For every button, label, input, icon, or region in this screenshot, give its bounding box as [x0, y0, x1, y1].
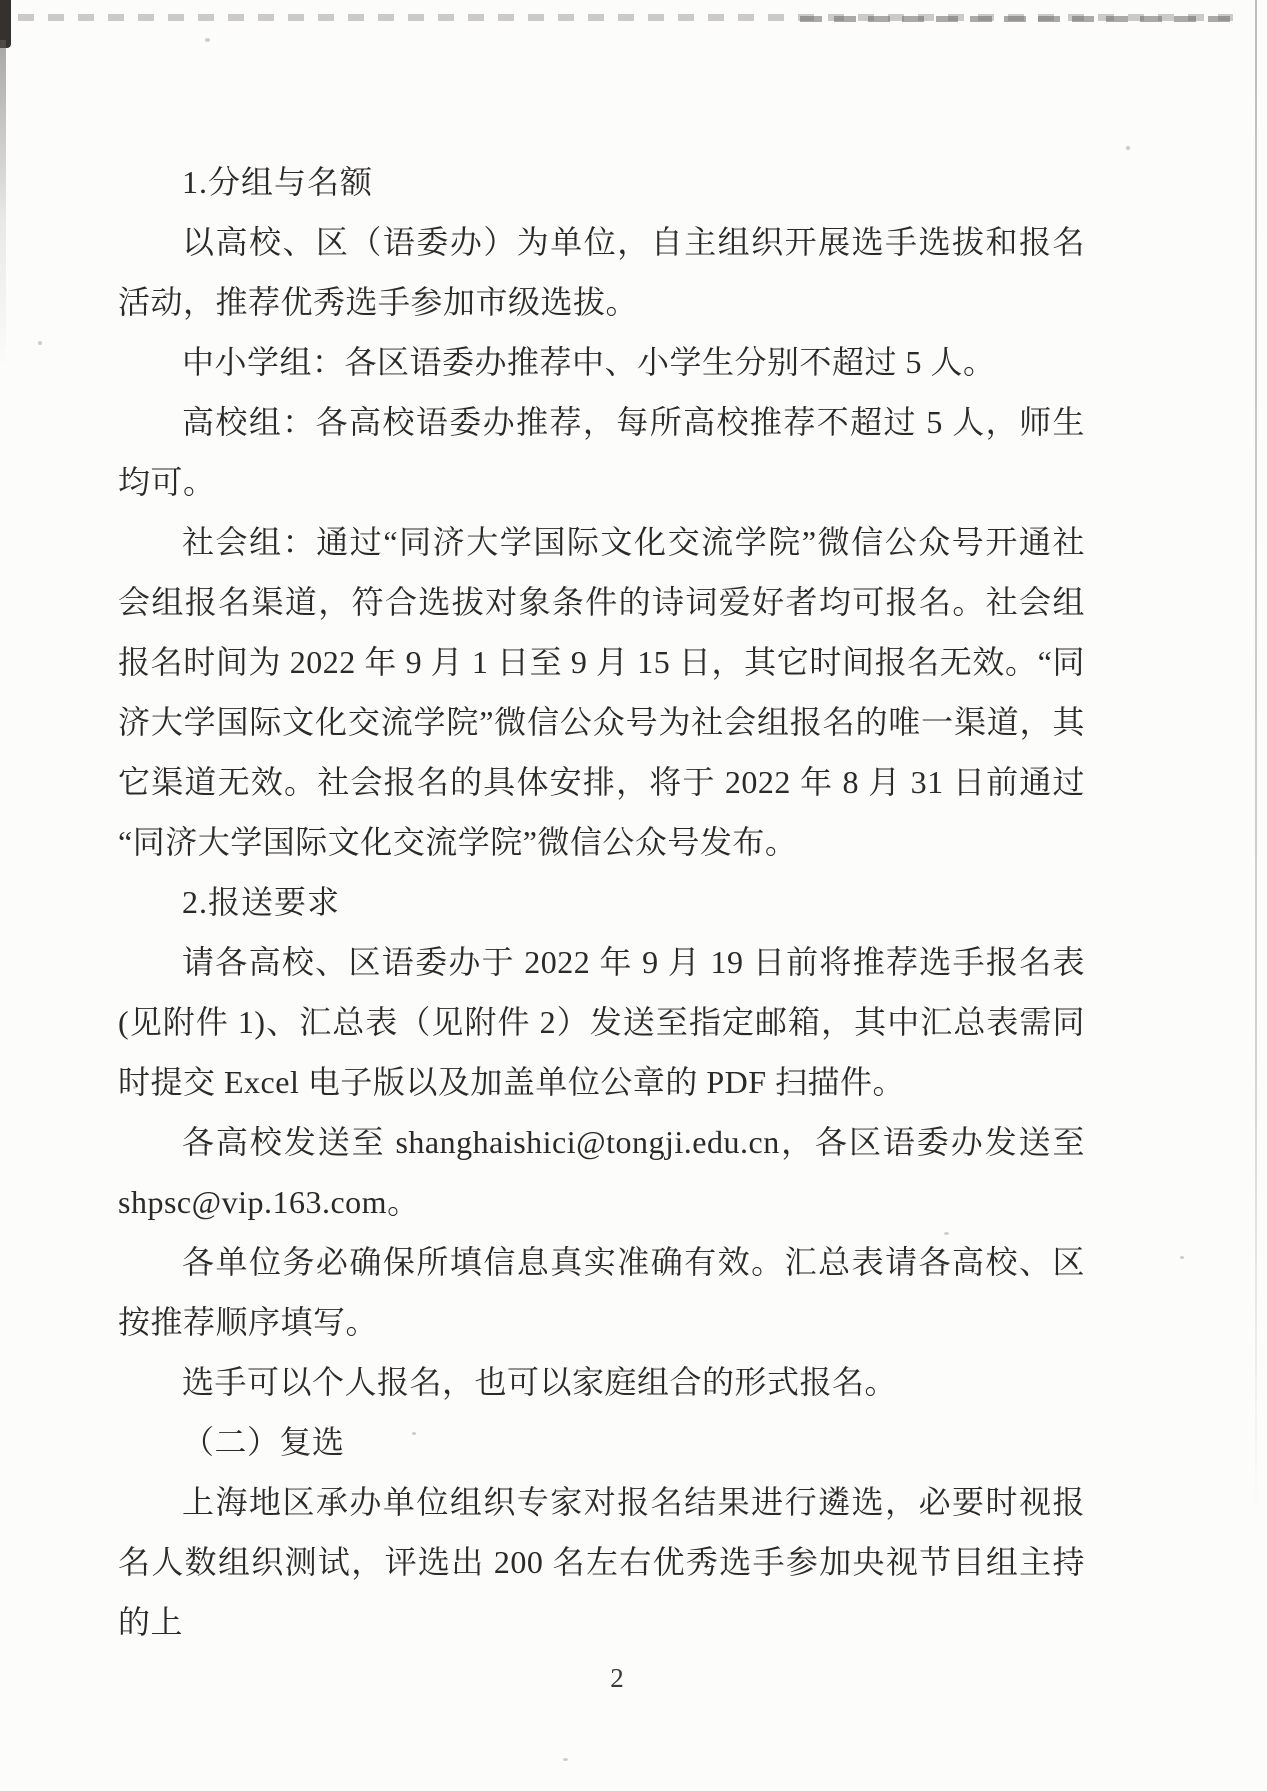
subheading-second-round: （二）复选 — [118, 1412, 1085, 1472]
page-number: 2 — [0, 1658, 1235, 1698]
para-information-accuracy: 各单位务必确保所填信息真实准确有效。汇总表请各高校、区按推荐顺序填写。 — [118, 1232, 1085, 1352]
scan-artifact-left-edge-strip — [0, 40, 6, 370]
heading-1-grouping-and-quota: 1.分组与名额 — [118, 152, 1085, 212]
scan-artifact-top-dashed-line-dark — [800, 16, 1230, 22]
scan-speck — [1180, 1256, 1184, 1259]
scan-speck — [1126, 146, 1130, 150]
para-shanghai-second-round: 上海地区承办单位组织专家对报名结果进行遴选，必要时视报名人数组织测试，评选出 2… — [118, 1472, 1085, 1652]
scan-speck — [563, 1758, 568, 1761]
para-submission-deadline: 请各高校、区语委办于 2022 年 9 月 19 日前将推荐选手报名表(见附件 … — [118, 932, 1085, 1112]
scan-artifact-right-edge-line — [1255, 0, 1257, 1520]
scan-speck — [205, 38, 210, 42]
para-social-group: 社会组：通过“同济大学国际文化交流学院”微信公众号开通社会组报名渠道，符合选拔对… — [118, 512, 1085, 872]
document-body: 1.分组与名额 以高校、区（语委办）为单位，自主组织开展选手选拔和报名活动，推荐… — [118, 152, 1085, 1652]
scanned-document-page: 1.分组与名额 以高校、区（语委办）为单位，自主组织开展选手选拔和报名活动，推荐… — [0, 0, 1267, 1791]
para-email-addresses: 各高校发送至 shanghaishici@tongji.edu.cn，各区语委办… — [118, 1112, 1085, 1232]
para-organize-selection: 以高校、区（语委办）为单位，自主组织开展选手选拔和报名活动，推荐优秀选手参加市级… — [118, 212, 1085, 332]
para-individual-or-family: 选手可以个人报名，也可以家庭组合的形式报名。 — [118, 1352, 1085, 1412]
heading-2-submission-requirements: 2.报送要求 — [118, 872, 1085, 932]
para-primary-secondary-group: 中小学组：各区语委办推荐中、小学生分别不超过 5 人。 — [118, 332, 1085, 392]
scan-speck — [38, 341, 42, 345]
para-university-group: 高校组：各高校语委办推荐，每所高校推荐不超过 5 人，师生均可。 — [118, 392, 1085, 512]
